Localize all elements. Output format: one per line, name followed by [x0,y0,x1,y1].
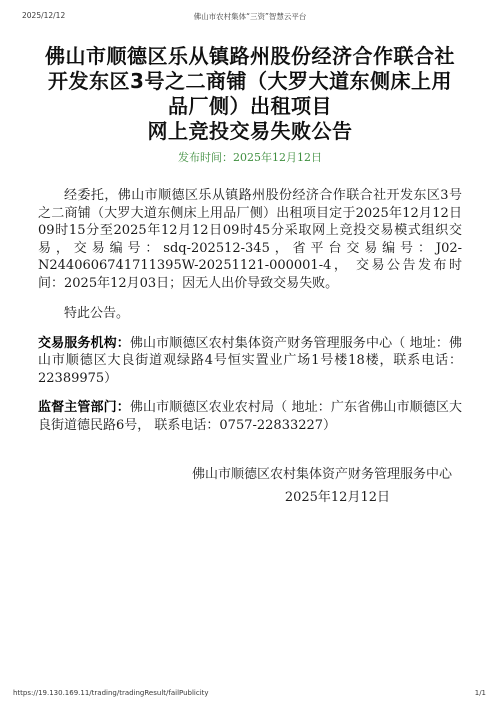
agency-paragraph: 交易服务机构：佛山市顺德区农村集体资产财务管理服务中心（ 地址：佛山市顺德区大良… [38,335,462,388]
publish-time: 发布时间：2025年12月12日 [38,151,462,165]
supervisor-paragraph: 监督主管部门：佛山市顺德区农业农村局（ 地址：广东省佛山市顺德区大良街道德民路6… [38,399,462,434]
site-title: 佛山市农村集体“三资”智慧云平台 [132,11,368,22]
signature-org-name: 佛山市顺德区农村集体资产财务管理服务中心 [38,466,462,484]
signature-date: 2025年12月12日 [38,489,462,507]
footer-page-number: 1/1 [475,689,486,697]
announcement-body: 经委托，佛山市顺德区乐从镇路州股份经济合作联合社开发东区3号之二商铺（大罗大道东… [38,187,462,434]
print-date: 2025/12/12 [22,11,132,20]
footer-url: https://19.130.169.11/trading/tradingRes… [13,689,209,697]
announcement-document: 佛山市顺德区乐从镇路州股份经济合作联合社开发东区3号之二商铺（大罗大道东侧床上用… [0,44,500,507]
body-paragraph-2: 特此公告。 [38,305,462,323]
print-preview-page: { "header": { "print_date": "2025/12/12"… [0,0,500,707]
agency-label: 交易服务机构： [38,336,130,351]
announcement-title: 佛山市顺德区乐从镇路州股份经济合作联合社开发东区3号之二商铺（大罗大道东侧床上用… [38,44,462,119]
supervisor-label: 监督主管部门： [38,400,130,415]
browser-print-footer: https://19.130.169.11/trading/tradingRes… [0,689,500,697]
signature-block: 佛山市顺德区农村集体资产财务管理服务中心 2025年12月12日 [38,466,462,507]
body-paragraph-1: 经委托，佛山市顺德区乐从镇路州股份经济合作联合社开发东区3号之二商铺（大罗大道东… [38,187,462,292]
browser-print-header: 2025/12/12 佛山市农村集体“三资”智慧云平台 [0,0,500,22]
announcement-subtitle: 网上竞投交易失败公告 [38,119,462,144]
